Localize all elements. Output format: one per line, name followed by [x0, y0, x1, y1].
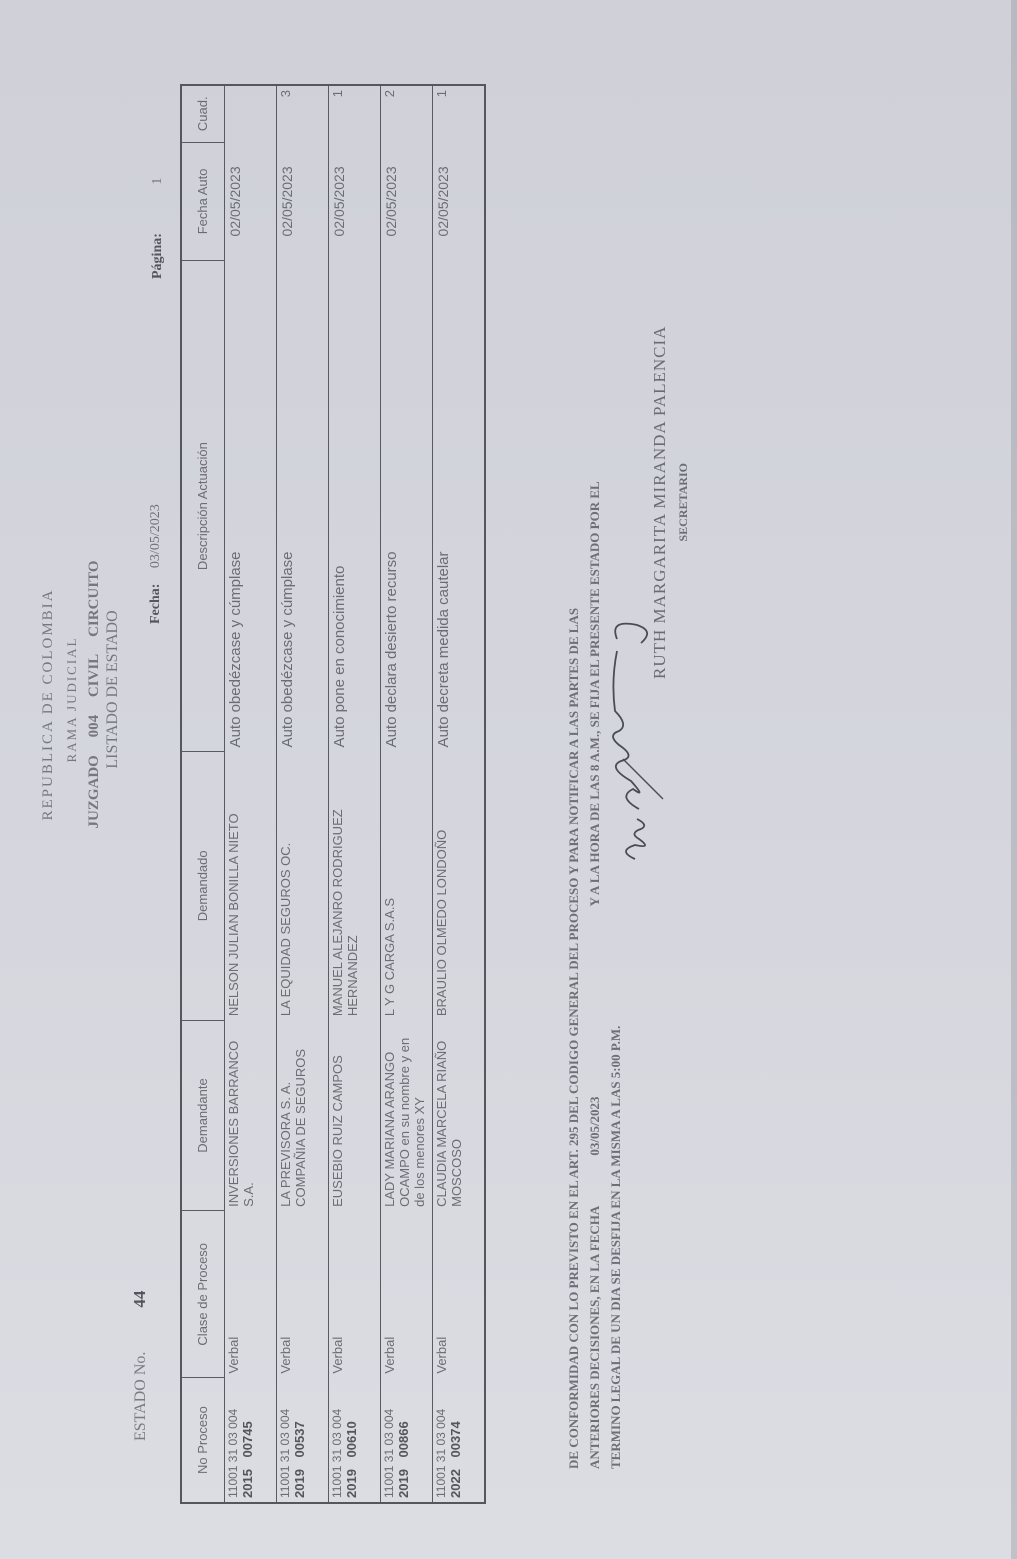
table-row: 11001 31 03 0042019 00866VerbalLADY MARI… — [381, 85, 433, 1503]
col-no-proceso: No Proceso — [181, 1378, 225, 1503]
cell-demandante: LA PREVISORA S. A. COMPAÑIA DE SEGUROS — [277, 1020, 329, 1211]
col-clase-proceso: Clase de Proceso — [181, 1211, 225, 1378]
signer-role: SECRETARIO — [676, 326, 691, 679]
estado-number: ESTADO No. 44 — [130, 1291, 150, 1441]
col-demandado: Demandado — [181, 751, 225, 1020]
table-row: 11001 31 03 0042019 00610VerbalEUSEBIO R… — [329, 85, 381, 1503]
cell-clase: Verbal — [329, 1211, 381, 1378]
cell-fecha-auto: 02/05/2023 — [381, 142, 433, 261]
col-fecha-auto: Fecha Auto — [181, 142, 225, 261]
cell-cuad — [225, 85, 277, 142]
cell-fecha-auto: 02/05/2023 — [277, 142, 329, 261]
cell-no-proceso: 11001 31 03 0042022 00374 — [433, 1378, 486, 1503]
estado-value: 44 — [130, 1291, 149, 1308]
table-row: 11001 31 03 0042022 00374VerbalCLAUDIA M… — [433, 85, 486, 1503]
table-row: 11001 31 03 0042019 00537VerbalLA PREVIS… — [277, 85, 329, 1503]
cell-fecha-auto: 02/05/2023 — [329, 142, 381, 261]
court-number: 004 — [86, 715, 102, 738]
cell-descripcion: Auto obedézcase y cúmplase — [277, 261, 329, 752]
cell-cuad: 2 — [381, 85, 433, 142]
page-label: Página: — [150, 233, 165, 279]
cell-fecha-auto: 02/05/2023 — [433, 142, 486, 261]
date-value: 03/05/2023 — [148, 504, 163, 568]
date-label: Fecha: — [148, 584, 163, 624]
header-court: JUZGADO 004 CIVIL CIRCUITO — [86, 0, 103, 1389]
cell-cuad: 1 — [433, 85, 486, 142]
table-row: 11001 31 03 0042015 00745VerbalINVERSION… — [225, 85, 277, 1503]
cell-demandado: MANUEL ALEJANRO RODRIGUEZ HERNANDEZ — [329, 751, 381, 1020]
court-label: JUZGADO — [86, 755, 102, 828]
cell-clase: Verbal — [433, 1211, 486, 1378]
estado-label: ESTADO No. — [132, 1352, 149, 1441]
cell-fecha-auto: 02/05/2023 — [225, 142, 277, 261]
cell-demandado: NELSON JULIAN BONILLA NIETO — [225, 751, 277, 1020]
cell-cuad: 1 — [329, 85, 381, 142]
legal-line-1: DE CONFORMIDAD CON LO PREVISTO EN EL ART… — [563, 469, 584, 1469]
cell-no-proceso: 11001 31 03 0042019 00610 — [329, 1378, 381, 1503]
cell-descripcion: Auto pone en conocimiento — [329, 261, 381, 752]
cell-demandado: L Y G CARGA S.A.S — [381, 751, 433, 1020]
cell-clase: Verbal — [277, 1211, 329, 1378]
col-cuad: Cuad. — [181, 85, 225, 142]
document-sheet: REPUBLICA DE COLOMBIA RAMA JUDICIAL JUZG… — [0, 0, 1017, 1559]
table-header-row: No Proceso Clase de Proceso Demandante D… — [181, 85, 225, 1503]
cell-demandado: LA EQUIDAD SEGUROS OC. — [277, 751, 329, 1020]
page-edge-shadow — [1011, 0, 1017, 1559]
cell-demandante: EUSEBIO RUIZ CAMPOS — [329, 1020, 381, 1211]
cell-no-proceso: 11001 31 03 0042019 00866 — [381, 1378, 433, 1503]
signature-block: RUTH MARGARITA MIRANDA PALENCIA SECRETAR… — [650, 326, 691, 679]
signer-name: RUTH MARGARITA MIRANDA PALENCIA — [650, 326, 670, 679]
col-demandante: Demandante — [181, 1020, 225, 1211]
cell-no-proceso: 11001 31 03 0042019 00537 — [277, 1378, 329, 1503]
page-number: Página: 1 — [150, 178, 166, 279]
page-value: 1 — [150, 178, 165, 185]
document-title: LISTADO DE ESTADO — [104, 0, 122, 1379]
cell-descripcion: Auto declara desierto recurso — [381, 261, 433, 752]
col-descripcion: Descripción Actuación — [181, 261, 225, 752]
cell-demandante: LADY MARIANA ARANGO OCAMPO en su nombre … — [381, 1020, 433, 1211]
cell-descripcion: Auto decreta medida cautelar — [433, 261, 486, 752]
document-date: Fecha: 03/05/2023 — [148, 504, 164, 624]
cell-demandado: BRAULIO OLMEDO LONDOÑO — [433, 751, 486, 1020]
cell-clase: Verbal — [225, 1211, 277, 1378]
court-type: CIVIL CIRCUITO — [86, 560, 102, 697]
cell-demandante: INVERSIONES BARRANCO S.A. — [225, 1020, 277, 1211]
header-branch: RAMA JUDICIAL — [64, 0, 80, 1399]
cell-clase: Verbal — [381, 1211, 433, 1378]
cell-no-proceso: 11001 31 03 0042015 00745 — [225, 1378, 277, 1503]
header-country: REPUBLICA DE COLOMBIA — [40, 0, 57, 1409]
cell-demandante: CLAUDIA MARCELA RIAÑO MOSCOSO — [433, 1020, 486, 1211]
cell-cuad: 3 — [277, 85, 329, 142]
estado-table: No Proceso Clase de Proceso Demandante D… — [180, 84, 486, 1504]
fixation-date: 03/05/2023 — [587, 1096, 602, 1155]
legal-line-2: ANTERIORES DECISIONES, EN LA FECHA03/05/… — [584, 469, 605, 1469]
cell-descripcion: Auto obedézcase y cúmplase — [225, 261, 277, 752]
